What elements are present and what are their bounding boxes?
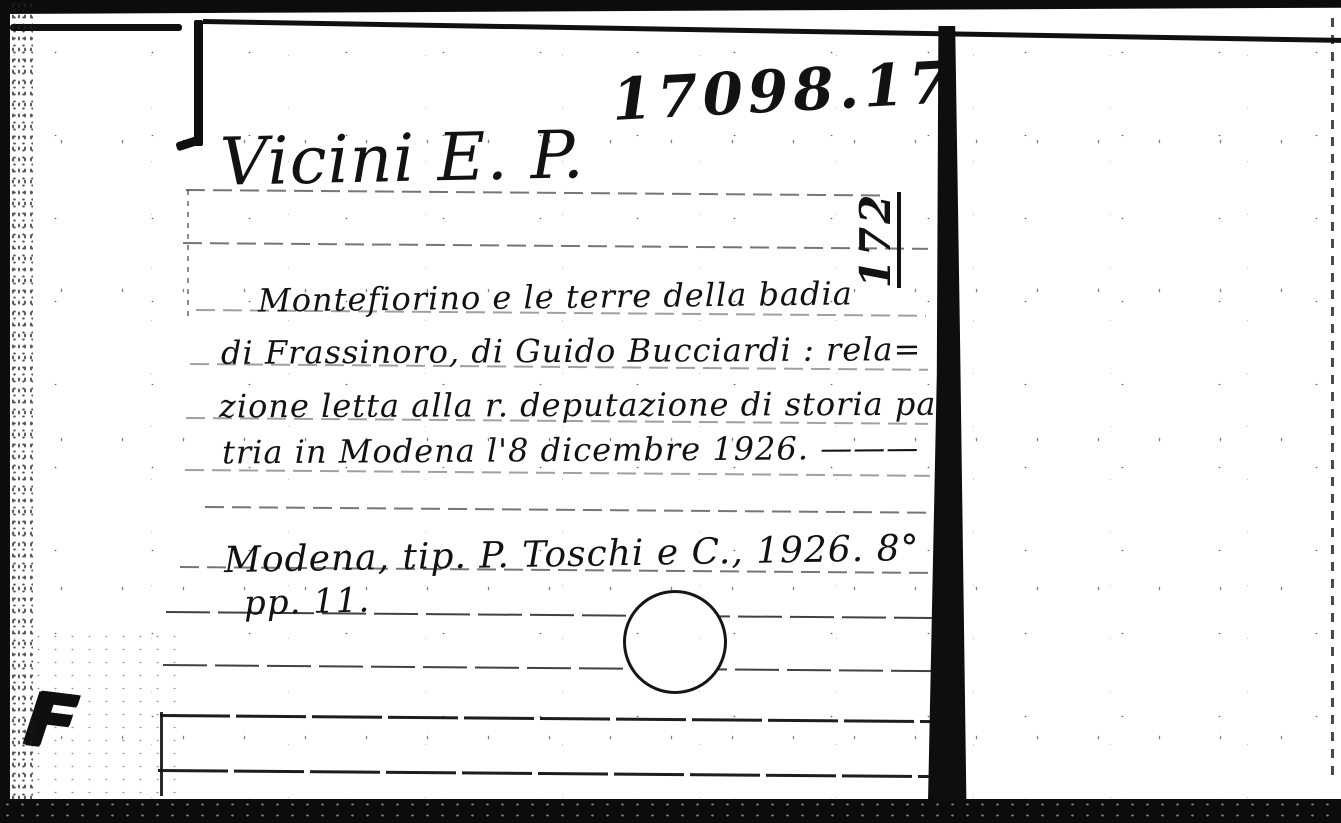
imprint-line: Modena, tip. P. Toschi e C., 1926. 8° bbox=[224, 528, 920, 581]
card-corner-bracket-foot bbox=[175, 136, 201, 152]
margin-line bbox=[187, 190, 189, 316]
scan-border-bottom bbox=[0, 799, 1341, 823]
scan-right-edge-line bbox=[1331, 18, 1334, 782]
shelf-number-text: 172 bbox=[855, 192, 901, 289]
ruled-line bbox=[163, 664, 935, 672]
title-line: zione letta alla r. deputazione di stori… bbox=[219, 385, 964, 426]
punch-hole bbox=[623, 590, 727, 694]
collation-line: pp. 11. bbox=[243, 580, 370, 623]
title-line: Montefiorino e le terre della badia bbox=[258, 274, 853, 319]
title-line: di Frassinoro, di Guido Bucciardi : rela… bbox=[221, 330, 922, 372]
ruled-line bbox=[205, 506, 930, 514]
scanned-catalog-card: 17098.17 Vicini E. P. 172 Montefiorino e… bbox=[0, 0, 1341, 823]
shelf-number-rotated: 172 bbox=[838, 195, 918, 285]
ruled-line bbox=[160, 714, 938, 723]
card-top-edge-line bbox=[203, 19, 1341, 43]
scan-border-left bbox=[0, 0, 10, 823]
ruled-line bbox=[183, 242, 928, 250]
card-corner-bracket bbox=[194, 20, 203, 146]
title-line: tria in Modena l'8 dicembre 1926. ——— bbox=[222, 429, 919, 472]
card-left-guide-line bbox=[10, 24, 182, 31]
scan-border-top bbox=[0, 0, 1341, 14]
author-heading: Vicini E. P. bbox=[219, 116, 585, 201]
scan-noise-left-strip bbox=[10, 0, 33, 823]
ruled-line bbox=[158, 769, 938, 778]
call-number: 17098.17 bbox=[610, 48, 956, 134]
